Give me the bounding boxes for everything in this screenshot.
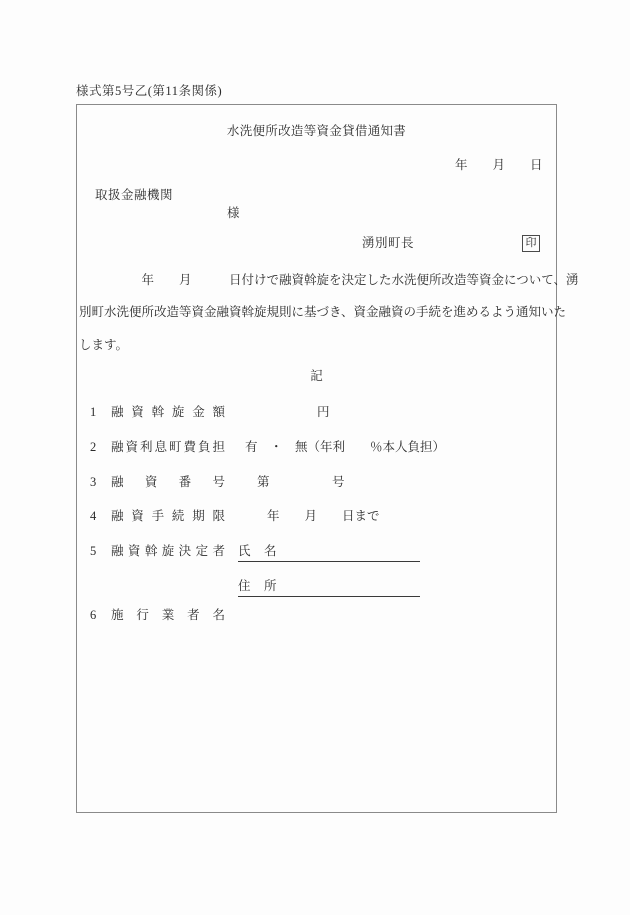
document-frame: 水洗便所改造等資金貸借通知書 年 月 日 取扱金融機関 様 湧別町長 印 年 月…: [76, 104, 557, 813]
item-label: 融資斡旋決定者: [111, 545, 225, 558]
recipient-label: 取扱金融機関: [95, 189, 173, 202]
body-paragraph-line-2: 別町水洗便所改造等資金融資斡旋規則に基づき、資金融資の手続を進めるよう通知いた: [79, 306, 566, 319]
item-label: 融資斡旋金額: [111, 406, 225, 419]
item-value: 円: [317, 406, 330, 419]
item-number: 6: [90, 609, 96, 622]
address-blank-field: 住 所: [238, 580, 420, 597]
item-row-procedure-deadline: 4 融資手続期限 年 月 日まで: [77, 510, 556, 530]
item-value: 第 号: [257, 476, 345, 489]
body-paragraph-line-1: 年 月 日付けで融資斡旋を決定した水洗便所改造等資金について、湧: [79, 274, 579, 287]
item-row-loan-number: 3 融資番号 第 号: [77, 476, 556, 496]
name-blank-field: 氏 名: [238, 545, 420, 562]
item-label: 融資番号: [111, 476, 225, 489]
document-page: 様式第5号乙(第11条関係) 水洗便所改造等資金貸借通知書 年 月 日 取扱金融…: [0, 0, 630, 915]
item-label: 施行業者名: [111, 609, 225, 622]
item-label: 融資利息町費負担: [111, 441, 225, 454]
item-value: 年 月 日まで: [267, 510, 380, 523]
form-number-label: 様式第5号乙(第11条関係): [76, 85, 222, 98]
item-row-loan-amount: 1 融資斡旋金額 円: [77, 406, 556, 426]
item-row-interest-burden: 2 融資利息町費負担 有 ・ 無（年利 ％本人負担）: [77, 441, 556, 461]
item-row-decided-person-address: 住 所: [77, 580, 556, 600]
item-row-contractor-name: 6 施行業者名: [77, 609, 556, 629]
item-value: 有 ・ 無（年利 ％本人負担）: [245, 441, 445, 454]
seal-placeholder: 印: [522, 235, 540, 252]
item-row-decided-person: 5 融資斡旋決定者 氏 名: [77, 545, 556, 565]
mayor-signature-label: 湧別町長: [362, 237, 414, 250]
item-number: 1: [90, 406, 96, 419]
honorific-label: 様: [227, 207, 240, 220]
document-title: 水洗便所改造等資金貸借通知書: [77, 125, 556, 138]
body-paragraph-line-3: します。: [79, 339, 128, 352]
item-number: 2: [90, 441, 96, 454]
date-blank-line: 年 月 日: [455, 159, 543, 172]
item-number: 4: [90, 510, 96, 523]
list-marker: 記: [77, 370, 556, 383]
item-label: 融資手続期限: [111, 510, 225, 523]
item-number: 5: [90, 545, 96, 558]
item-number: 3: [90, 476, 96, 489]
